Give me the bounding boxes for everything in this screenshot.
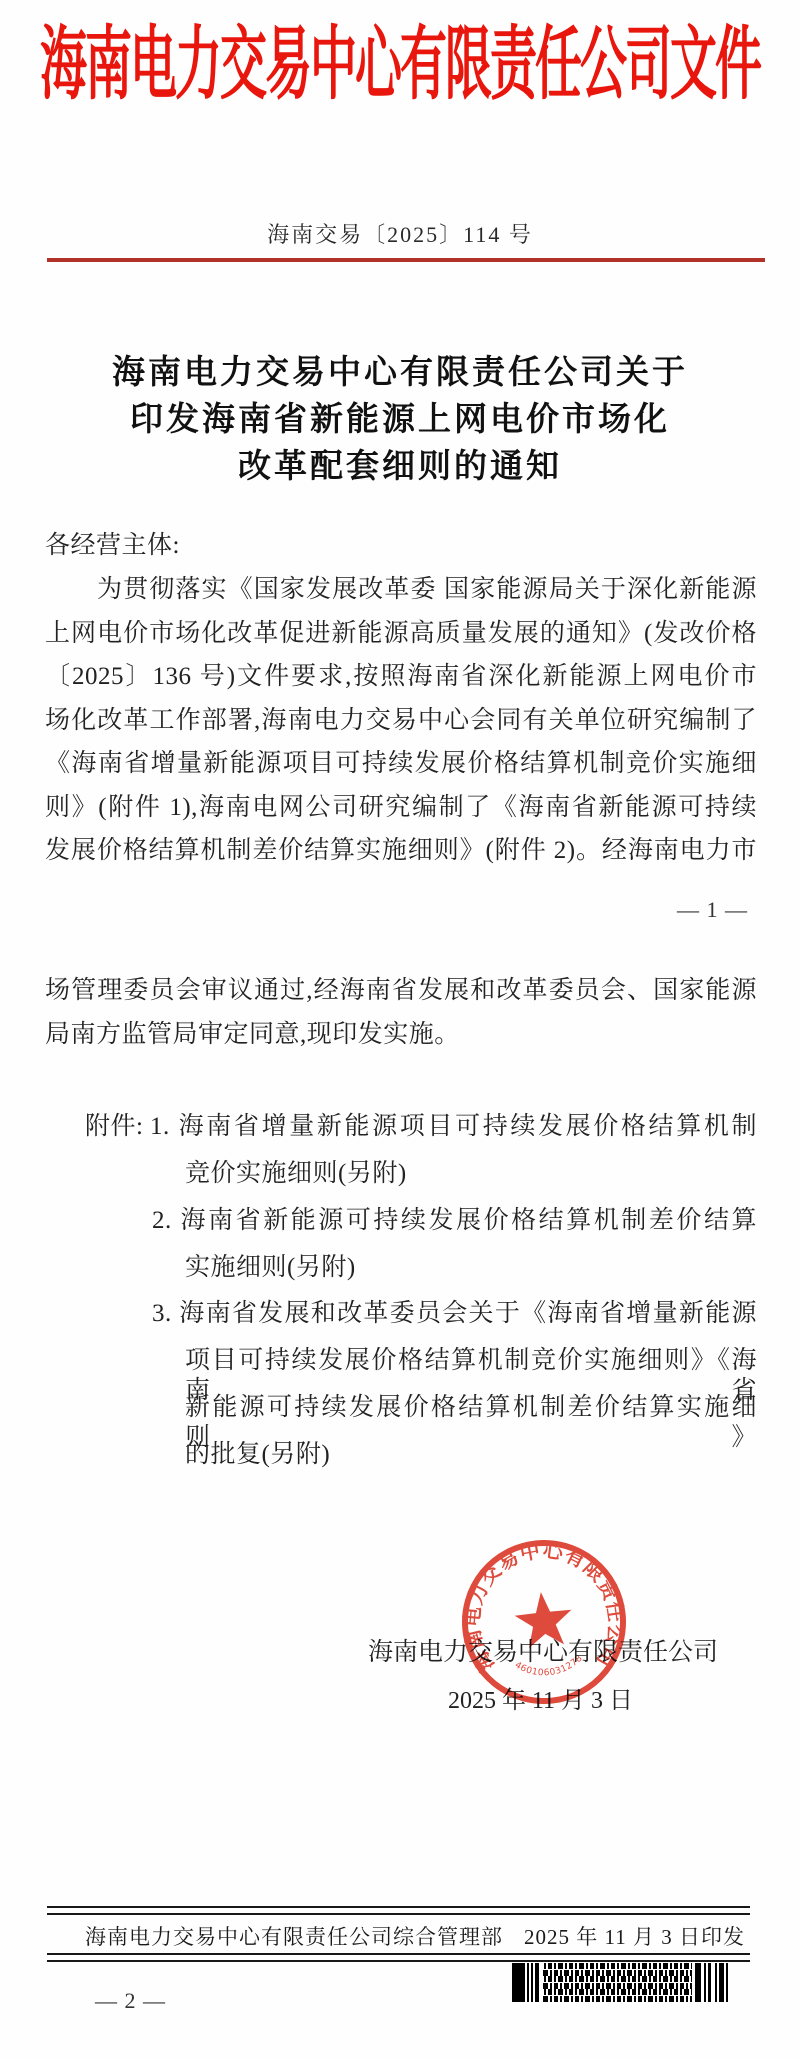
attachment-line: 1. 海南省增量新能源项目可持续发展价格结算机制 <box>150 1112 757 1142</box>
seal-graphic: 海南电力交易中心有限责任公司 46010603127847 <box>452 1530 637 1715</box>
seal-star-icon <box>513 1589 575 1649</box>
page-number-2: — 2 — <box>95 1988 166 2014</box>
body-line: 则》(附件 1),海南电网公司研究编制了《海南省新能源可持续 <box>45 793 757 823</box>
body-line: 局南方监管局审定同意,现印发实施。 <box>45 1020 460 1050</box>
body-line: 《海南省增量新能源项目可持续发展价格结算机制竞价实施细 <box>45 749 757 779</box>
body-line: 〔2025〕136 号)文件要求,按照海南省深化新能源上网电价市 <box>45 662 757 692</box>
document-title-line: 印发海南省新能源上网电价市场化 <box>0 397 800 444</box>
letterhead-title: 海南电力交易中心有限责任公司文件 <box>0 22 800 110</box>
body-line: 上网电价市场化改革促进新能源高质量发展的通知》(发改价格 <box>45 619 757 649</box>
attachments-label: 附件: <box>85 1112 143 1142</box>
body-line: 发展价格结算机制差价结算实施细则》(附件 2)。经海南电力市 <box>45 836 757 866</box>
barcode-graphic <box>512 1963 730 2002</box>
attachment-line: 实施细则(另附) <box>185 1253 356 1283</box>
document-title: 海南电力交易中心有限责任公司关于 印发海南省新能源上网电价市场化 改革配套细则的… <box>0 350 800 491</box>
body-line: 场管理委员会审议通过,经海南省发展和改革委员会、国家能源 <box>45 976 757 1006</box>
salutation: 各经营主体: <box>45 531 180 561</box>
body-line: 场化改革工作部署,海南电力交易中心会同有关单位研究编制了 <box>45 706 757 736</box>
document-page: 海南电力交易中心有限责任公司文件 海南交易〔2025〕114 号 海南电力交易中… <box>0 0 800 2059</box>
document-number: 海南交易〔2025〕114 号 <box>0 218 800 249</box>
red-separator-rule <box>47 258 765 262</box>
attachment-line: 竞价实施细则(另附) <box>185 1159 407 1189</box>
page-number-1: — 1 — <box>677 897 748 923</box>
document-title-line: 改革配套细则的通知 <box>0 444 800 491</box>
footer-double-rule-bottom <box>47 1953 750 1962</box>
document-title-line: 海南电力交易中心有限责任公司关于 <box>0 350 800 397</box>
barcode <box>512 1963 730 2002</box>
footer-issuer: 海南电力交易中心有限责任公司综合管理部 <box>85 1921 503 1951</box>
official-seal: 海南电力交易中心有限责任公司 46010603127847 <box>452 1530 637 1715</box>
footer-double-rule-top <box>47 1906 750 1915</box>
attachment-line: 3. 海南省发展和改革委员会关于《海南省增量新能源 <box>152 1299 757 1329</box>
attachment-line: 2. 海南省新能源可持续发展价格结算机制差价结算 <box>152 1206 757 1236</box>
attachment-line: 的批复(另附) <box>185 1440 330 1470</box>
body-line: 为贯彻落实《国家发展改革委 国家能源局关于深化新能源 <box>45 575 757 605</box>
footer-print-date: 2025 年 11 月 3 日印发 <box>524 1921 745 1951</box>
